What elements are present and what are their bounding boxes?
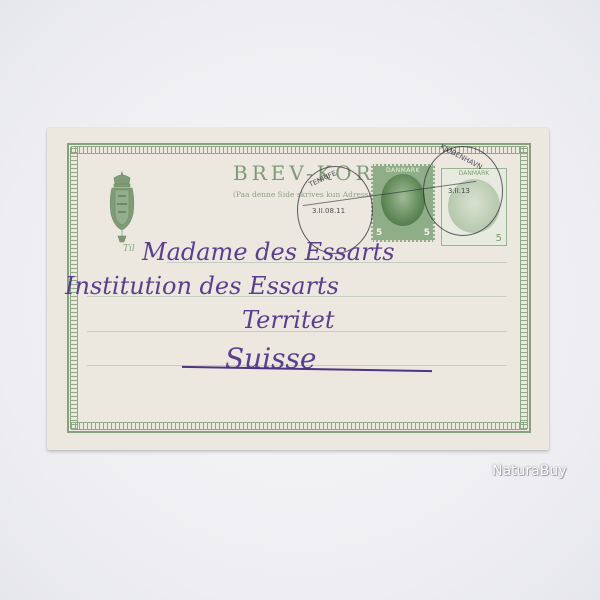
- address-prefix: Til: [123, 244, 135, 254]
- border-bottom-pattern: [71, 422, 527, 430]
- address-handwriting-line-4: Suisse: [225, 342, 316, 375]
- address-handwriting-line-2: Institution des Essarts: [65, 272, 339, 300]
- postmark-right: KJØBENHAVN 3.II.13: [423, 146, 503, 236]
- border-right-pattern: [520, 147, 528, 429]
- naturabuy-watermark: NaturaBuy: [492, 463, 567, 479]
- address-handwriting-line-1: Madame des Essarts: [142, 238, 395, 266]
- king-portrait-icon: [381, 174, 425, 226]
- postmark-left-date: 3.II.08.11: [312, 207, 345, 215]
- stamp-value-right: 5: [424, 228, 430, 238]
- stamp-value-left: 5: [376, 228, 382, 238]
- imprint-value: 5: [496, 233, 502, 244]
- postcard: BREV-KORT (Paa denne Side skrives kun Ad…: [47, 128, 549, 450]
- postmark-right-date: 3.II.13: [448, 187, 470, 195]
- stamp-country-label: DANMARK: [373, 167, 433, 174]
- address-handwriting-line-3: Territet: [242, 306, 334, 334]
